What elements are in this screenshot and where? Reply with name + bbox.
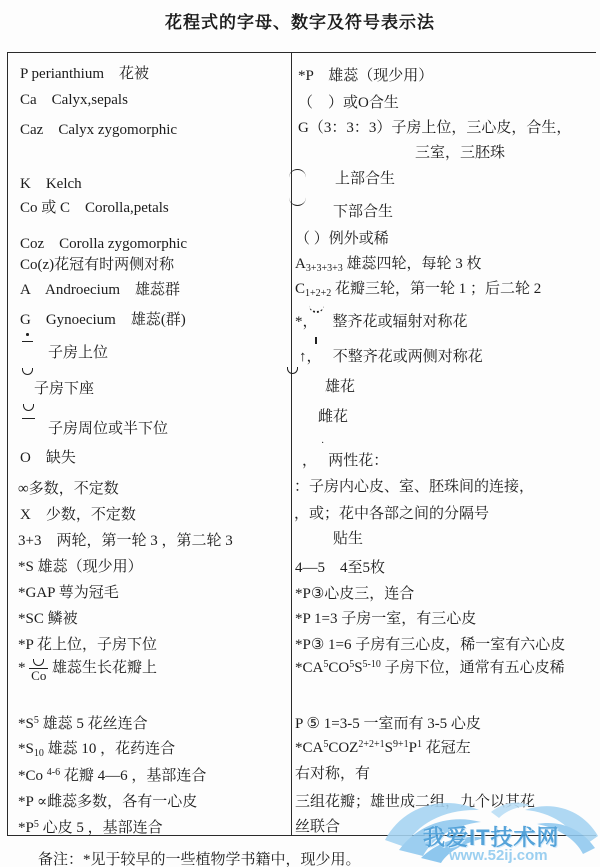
table-row-right: *P③心皮三，连合 — [295, 586, 414, 603]
table-row-right: 雄花 — [325, 379, 355, 396]
table-row-right: A3+3+3+3 雄蕊四轮，每轮 3 枚 — [295, 256, 482, 274]
table-row-left: *P 花上位，子房下位 — [18, 637, 157, 654]
table-row-left: *P ∝雌蕊多数，各有一心皮 — [18, 794, 197, 811]
small-cup-mark — [287, 367, 298, 374]
document-page: 花程式的字母、数字及符号表示法 P perianthium 花被Ca Calyx… — [0, 0, 600, 867]
table-row-left: *GAP 萼为冠毛 — [18, 585, 119, 602]
table-row-right: 下部合生 — [333, 204, 393, 221]
table-row-right: ，或；花中各部之间的分隔号 — [294, 506, 489, 523]
table-row-right: ：子房内心皮、室、胚珠间的连接， — [294, 479, 534, 496]
table-row-left: *S 雄蕊（现少用） — [18, 559, 143, 576]
table-row-right: *P 1=3 子房一室，有三心皮 — [295, 611, 476, 628]
table-row-right — [289, 166, 306, 183]
table-row-left — [22, 330, 33, 347]
table-row-right: 三室，三胚珠 — [415, 145, 505, 162]
table-row-left: *S10 雄蕊 10 ，花药连合 — [18, 741, 175, 759]
table-border-left — [7, 52, 8, 835]
ovary-superior-symbol — [22, 333, 33, 342]
fusion-bracket-symbol — [309, 305, 324, 313]
table-row-right: 雌花 — [318, 409, 348, 426]
table-row-right: *P 雄蕊（现少用） — [298, 68, 433, 85]
table-row-left: Co(z)花冠有时两侧对称 — [20, 257, 174, 274]
table-row-left: 子房周位或半下位 — [48, 421, 168, 438]
table-row-left: *Co 4-6 花瓣 4—6 ，基部连合 — [18, 768, 206, 785]
table-row-right: P ⑤ 1=3-5 一室而有 3-5 心皮 — [295, 716, 481, 733]
ovary-half-inferior-symbol — [22, 399, 35, 419]
table-row-left: *S5 雄蕊 5 花丝连合 — [18, 716, 148, 733]
table-row-left: X 少数，不定数 — [20, 507, 136, 524]
table-row-right — [287, 362, 298, 379]
table-row-right: · — [321, 434, 324, 451]
table-row-left: 3+3 两轮，第一轮 3 ，第二轮 3 — [18, 533, 233, 550]
table-row-right: 丝联合 — [295, 819, 340, 836]
table-row-right: ， 两性花： — [302, 453, 388, 470]
table-row-right: 右对称，有 — [295, 766, 370, 783]
table-row-left: A Androecium 雄蕊群 — [20, 282, 180, 299]
table-row-left: Ca Calyx,sepals — [20, 92, 128, 109]
table-row-right: C1+2+2 花瓣三轮，第一轮 1 ；后二轮 2 — [295, 281, 541, 299]
page-title: 花程式的字母、数字及符号表示法 — [0, 8, 600, 33]
table-row-right: G（3：3：3）子房上位，三心皮，合生， — [298, 120, 571, 137]
table-row-left: Co 或 C Corolla,petals — [20, 200, 169, 217]
table-row-left: K Kelch — [20, 176, 82, 193]
table-row-left: Caz Calyx zygomorphic — [20, 122, 177, 139]
watermark: 我爱IT技术网 www.52ij.com — [383, 790, 600, 867]
ovary-inferior-symbol — [22, 368, 33, 375]
table-row-left: G Gynoecium 雄蕊(群) — [20, 312, 186, 329]
tick-mark — [315, 337, 317, 344]
united-above-symbol — [289, 169, 306, 178]
table-row-right: （ ）例外或稀 — [295, 231, 389, 248]
table-row-right: *， 整齐花或辐射对称花 — [295, 314, 468, 331]
table-row-left: P perianthium 花被 — [20, 66, 149, 83]
table-row-right: *P③ 1=6 子房有三心皮，稀一室有六心皮 — [295, 637, 565, 654]
table-row-left: Coz Corolla zygomorphic — [20, 236, 187, 253]
table-row-left: O 缺失 — [20, 450, 76, 467]
table-border-top — [7, 52, 596, 53]
table-row-left: ∞多数，不定数 — [18, 481, 119, 498]
table-row-right — [289, 194, 306, 211]
table-row-left — [22, 363, 33, 380]
table-row-left: *SC 鳞被 — [18, 611, 78, 628]
table-row-left: * Co 雄蕊生长花瓣上 — [18, 658, 157, 683]
table-row-left: 子房下座 — [34, 381, 94, 398]
stamens-adnate-to-petals-symbol: Co — [29, 658, 48, 683]
united-below-symbol — [289, 197, 306, 206]
table-row-left: *P5 心皮 5 ，基部连合 — [18, 820, 163, 837]
watermark-site-url: www.52ij.com — [449, 847, 548, 864]
table-row-right: （ ）或O合生 — [298, 95, 399, 112]
table-row-left: 子房上位 — [48, 345, 108, 362]
table-row-right — [315, 332, 317, 349]
table-row-right: 4—5 4至5枚 — [295, 560, 385, 577]
table-row-left — [22, 399, 35, 419]
footnote: 备注：*见于较早的一些植物学书籍中，现少用。 — [38, 848, 361, 867]
table-row-right: 上部合生 — [335, 171, 395, 188]
table-row-right: *CA5COZ2+2+1S9+1P1 花冠左 — [295, 740, 471, 757]
table-row-right: ↑， 不整齐花或两侧对称花 — [299, 349, 483, 366]
table-row-right: 贴生 — [333, 531, 363, 548]
table-row-right: *CA5CO5S5-10 子房下位，通常有五心皮稀 — [295, 660, 565, 677]
